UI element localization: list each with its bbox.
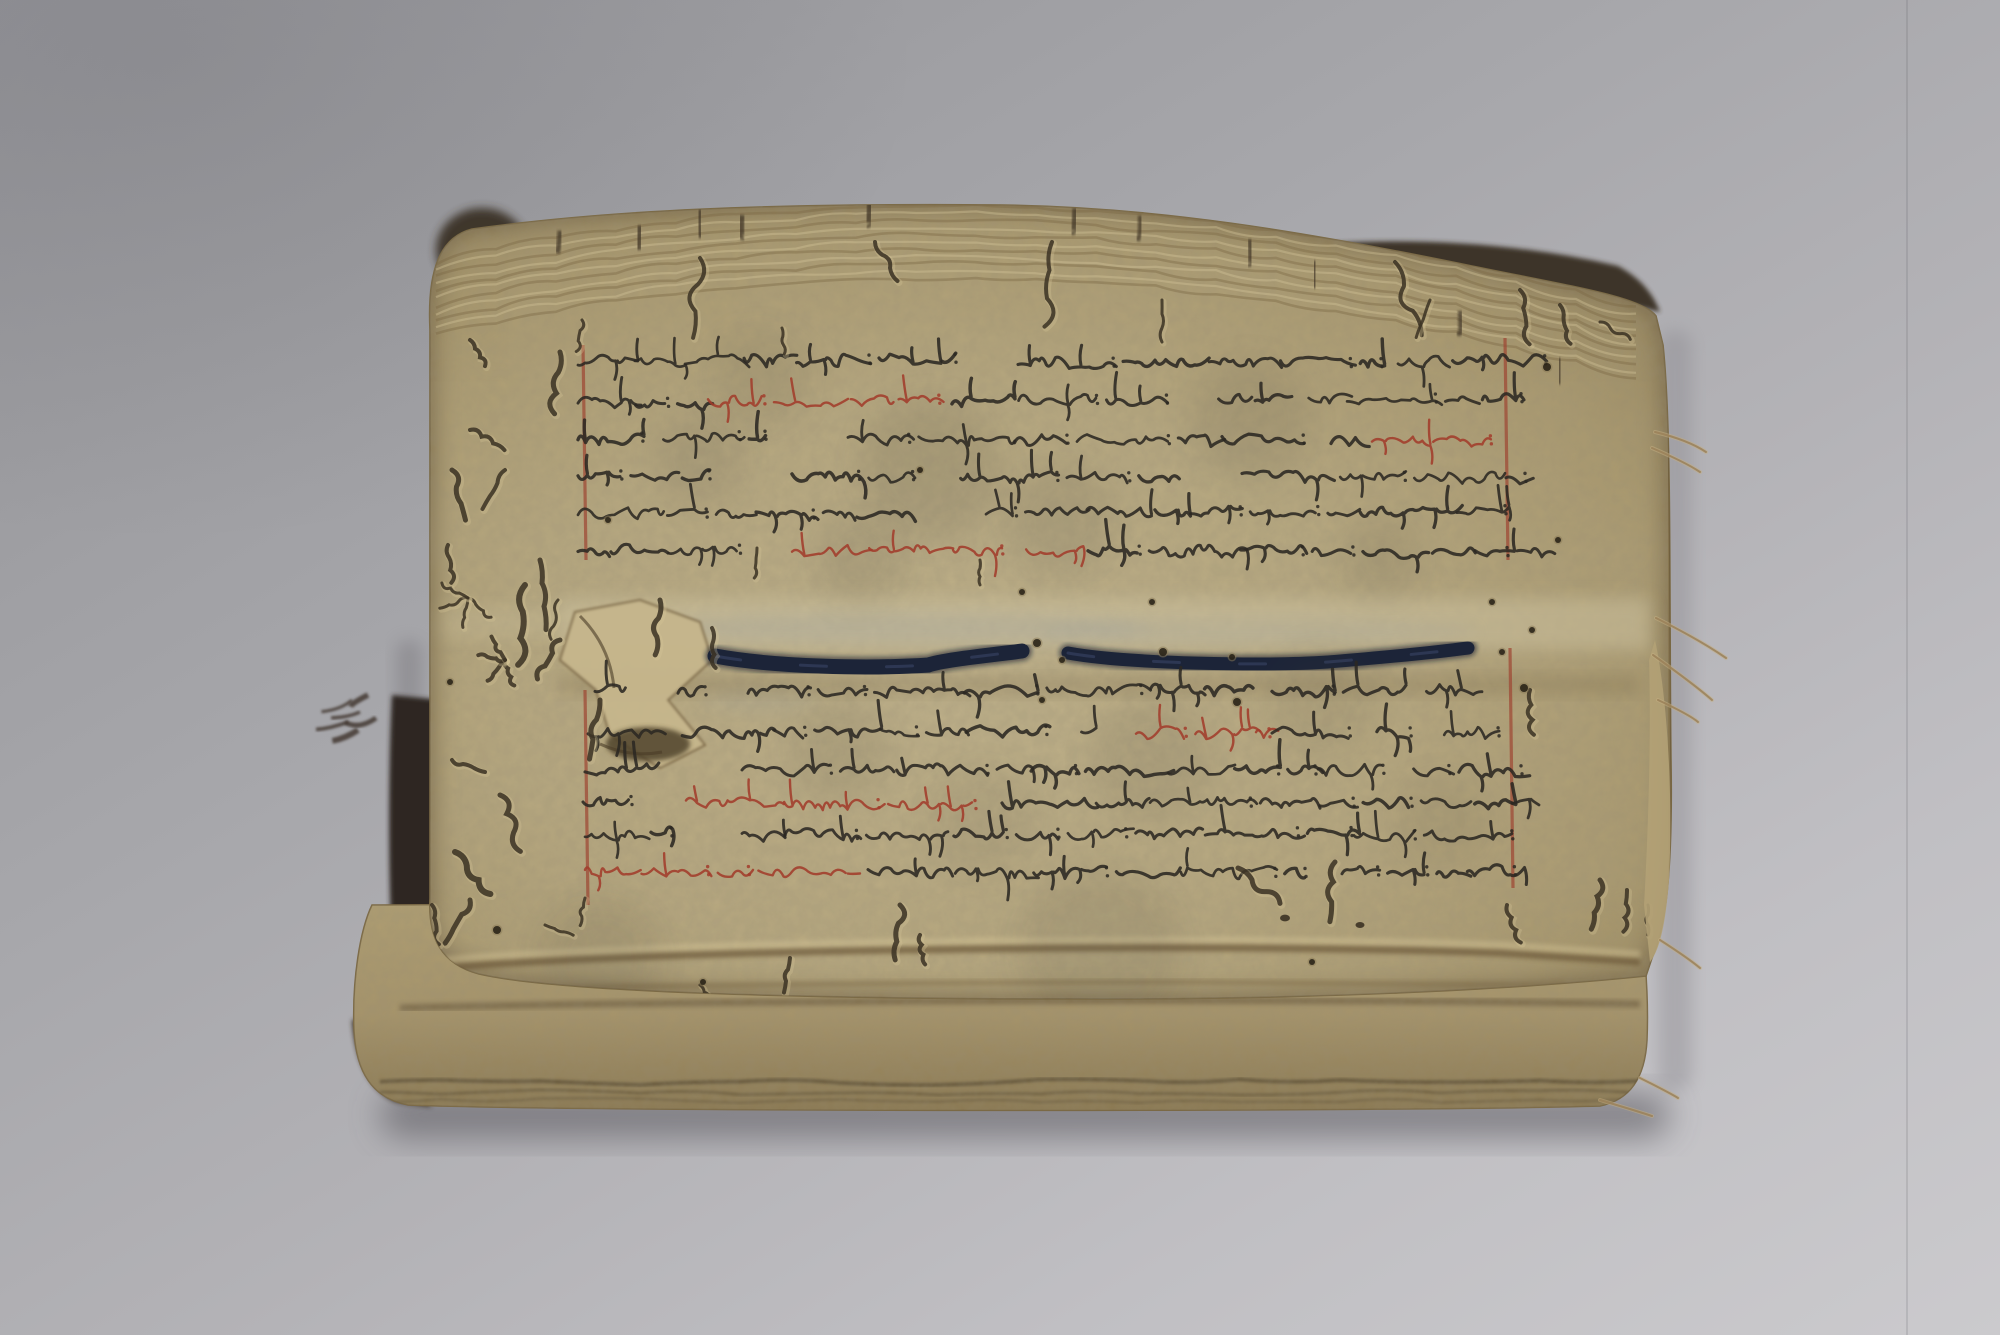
- open-pages: [428, 201, 1671, 1066]
- manuscript-scene: [0, 0, 2000, 1335]
- page-surface: [428, 201, 1671, 1066]
- photograph: [0, 0, 2000, 1335]
